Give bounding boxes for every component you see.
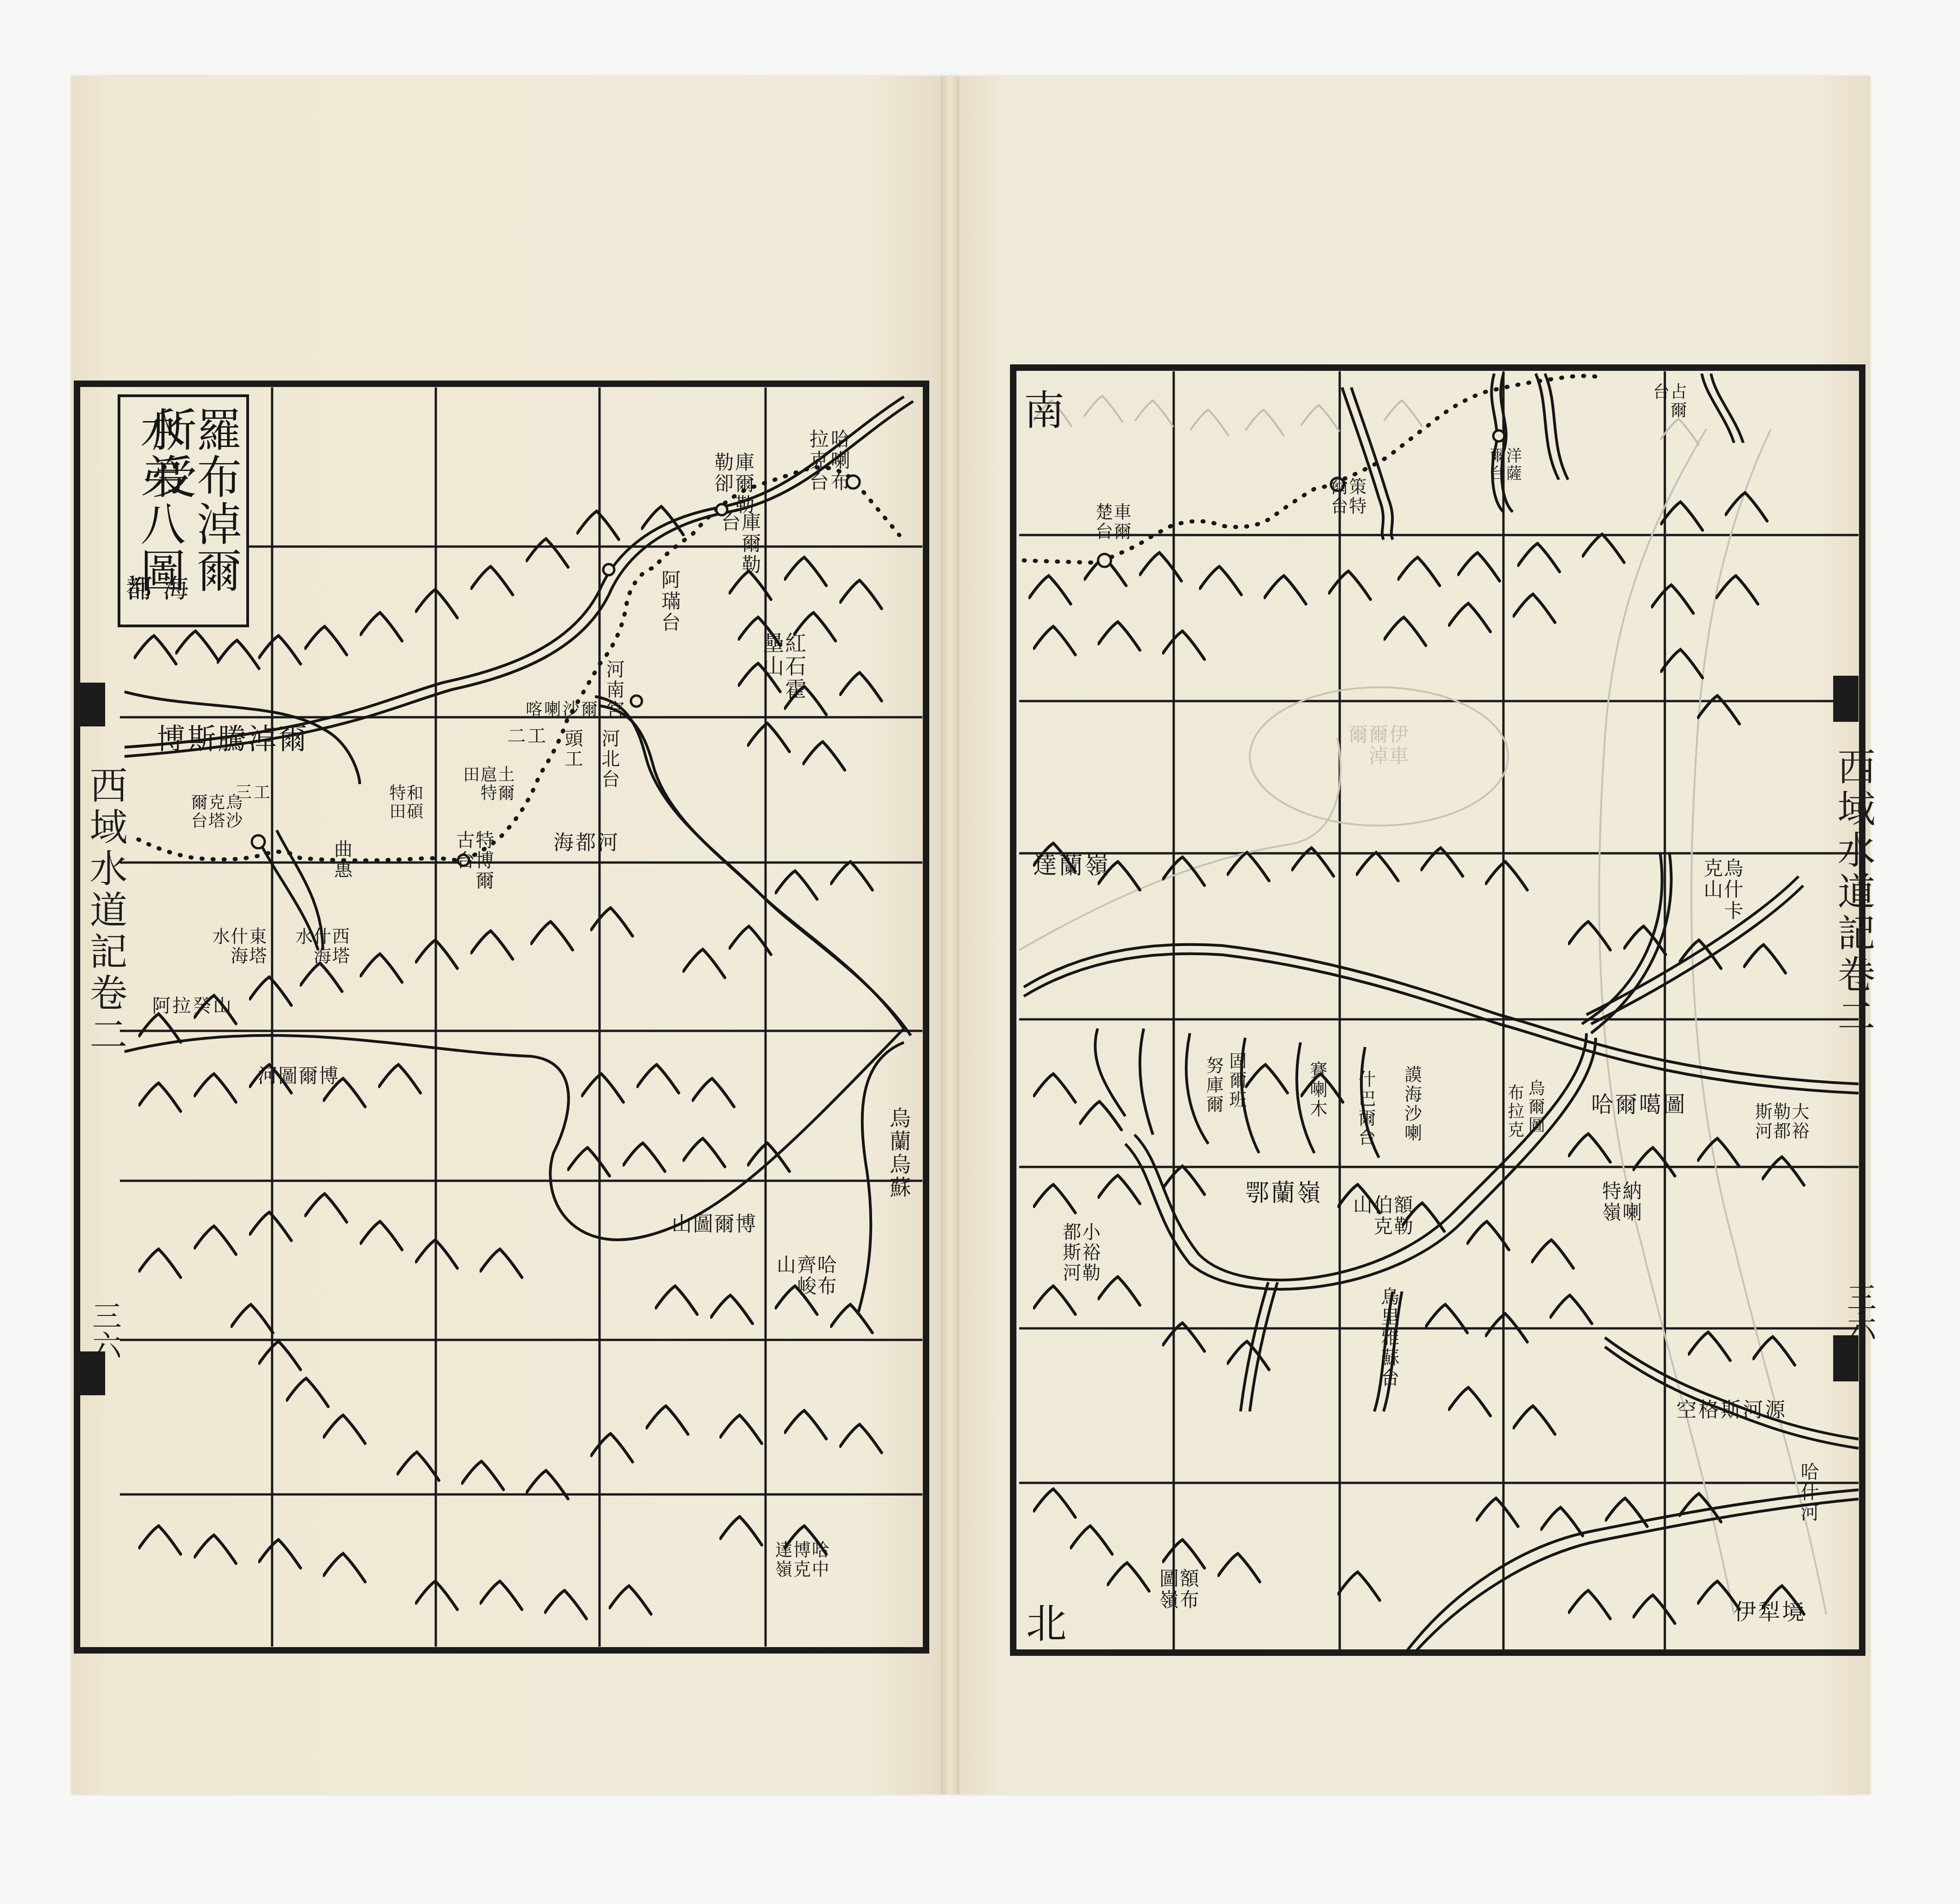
label-bortu-river: 博爾圖河 — [256, 1065, 337, 1107]
label-e-lan-ling: 鄂蘭嶺 — [1245, 1181, 1323, 1206]
label-sai-la-mu: 賽喇木 — [1307, 1061, 1326, 1119]
label-dalan-ling: 達蘭嶺 — [1033, 853, 1111, 879]
label-alagui-mountain: 阿拉癸山 — [152, 996, 233, 1016]
label-xiao-yuledus-river: 小裕勒都斯河 — [1061, 1222, 1099, 1287]
map-title-sub: 水弟八圖 — [137, 406, 182, 595]
page-number-right: 三六 — [1838, 1282, 1880, 1341]
label-gur-ban: 固爾班 — [1227, 1052, 1245, 1110]
fishtail-top-left — [78, 683, 105, 726]
label-amen-tai: 阿璊台 — [659, 570, 680, 633]
label-east-tashihai: 東塔什海水 — [210, 927, 265, 978]
label-cete-er-tai: 策特爾台 — [1328, 477, 1365, 524]
ghost-label-yicheer-lake: 伊車爾淖爾 — [1347, 724, 1408, 779]
label-torghut-field: 土爾扈特田 — [461, 766, 513, 816]
map-title-box: 羅布淖爾所受 水弟八圖 海都 河 — [118, 394, 249, 627]
right-rivers — [1024, 374, 1859, 1651]
label-ili-border: 伊犁境 — [1734, 1601, 1806, 1624]
label-bosten-lake: 博斯騰淖爾 — [157, 724, 309, 754]
label-wushi-kake-mountain: 烏什卡克山 — [1702, 858, 1742, 922]
label-nu-ku-er: 努庫爾 — [1204, 1056, 1222, 1114]
running-title-left: 西域水道記卷二 — [78, 766, 132, 1056]
label-hala-bulake-tai: 哈喇布拉克台 — [807, 429, 849, 498]
label-wuliyasu-tai: 烏里雅蘇台 — [1379, 1287, 1398, 1388]
label-he-bei-tai: 河北台 — [600, 729, 619, 790]
label-hongshi-mountain: 紅石霍壘山 — [761, 632, 806, 710]
label-ha-er-ga-tu: 哈爾噶圖 — [1591, 1093, 1687, 1116]
label-qu-hui: 曲惠 — [332, 839, 351, 880]
compass-north: 北 — [1026, 1591, 1067, 1649]
label-kuerle: 庫爾勒 — [733, 452, 754, 516]
label-habuqi-mountain: 哈布齊峻山 — [775, 1255, 836, 1305]
label-bortu-mountain: 博爾圖山 — [669, 1213, 754, 1255]
running-title-right: 西域水道記卷二 — [1826, 747, 1880, 1038]
label-cheer-chu-tai: 車爾楚台 — [1093, 503, 1130, 549]
label-yang-sa-er-tai: 洋薩爾台 — [1487, 447, 1520, 484]
label-da-yuledus-river: 大裕勒都斯河 — [1752, 1102, 1808, 1158]
page-number-left: 三六 — [83, 1301, 125, 1360]
label-karashar: 喀喇沙爾 — [526, 701, 600, 719]
label-shi-ba-er-tai: 什巴爾台 — [1356, 1070, 1374, 1148]
right-grid — [1019, 371, 1859, 1651]
label-bu-la-ke: 布拉克 — [1506, 1084, 1523, 1139]
label-hashi-river: 哈什河 — [1799, 1462, 1818, 1523]
right-mountains — [1029, 493, 1804, 1623]
label-haidu-river: 海都河 — [553, 833, 620, 854]
label-mohai-sha-la: 謨海沙喇 — [1402, 1065, 1420, 1143]
label-wu-er-tu: 烏爾圖 — [1526, 1079, 1544, 1135]
label-khoshut-field: 和碩特田 — [387, 784, 422, 826]
right-ghost-mountains — [1034, 396, 1699, 445]
label-er-gong: 二工 — [507, 726, 548, 746]
label-wulan-wusu: 烏蘭烏蘇 — [888, 1107, 910, 1199]
map-title-note-2: 河 — [119, 575, 156, 601]
label-wushake-tai: 烏沙克塔爾台 — [189, 793, 241, 844]
label-hazhong-boke-da-ling: 哈中博克達嶺 — [772, 1541, 828, 1591]
label-he-nan-gong: 河南宮 — [604, 660, 624, 720]
label-tou-gong: 頭工 — [563, 729, 582, 769]
label-ebutu-ling: 額布圖嶺 — [1158, 1568, 1198, 1614]
label-kongges-river-source: 空格斯河源 — [1676, 1400, 1787, 1421]
label-zhan-er-tai: 占爾台 — [1651, 383, 1686, 420]
station-markers — [252, 430, 1504, 866]
fishtail-top-right — [1833, 676, 1859, 722]
label-west-tashihai: 西塔什海水 — [293, 927, 348, 978]
label-e-le-bo-ke-mountain: 額勒伯克山 — [1351, 1195, 1412, 1255]
fishtail-bottom-left — [78, 1351, 105, 1395]
label-kuerle-tai: 庫爾勒台 — [719, 512, 760, 581]
compass-south: 南 — [1024, 378, 1064, 436]
fishtail-bottom-right — [1833, 1335, 1859, 1381]
label-na-la-te-ling: 納喇特嶺 — [1600, 1181, 1641, 1227]
label-tebo-ergu-tai: 特博爾古台 — [454, 830, 493, 895]
label-kuerle-2: 勒卻 — [713, 452, 733, 494]
right-ghost-drawing — [1019, 429, 1826, 1614]
